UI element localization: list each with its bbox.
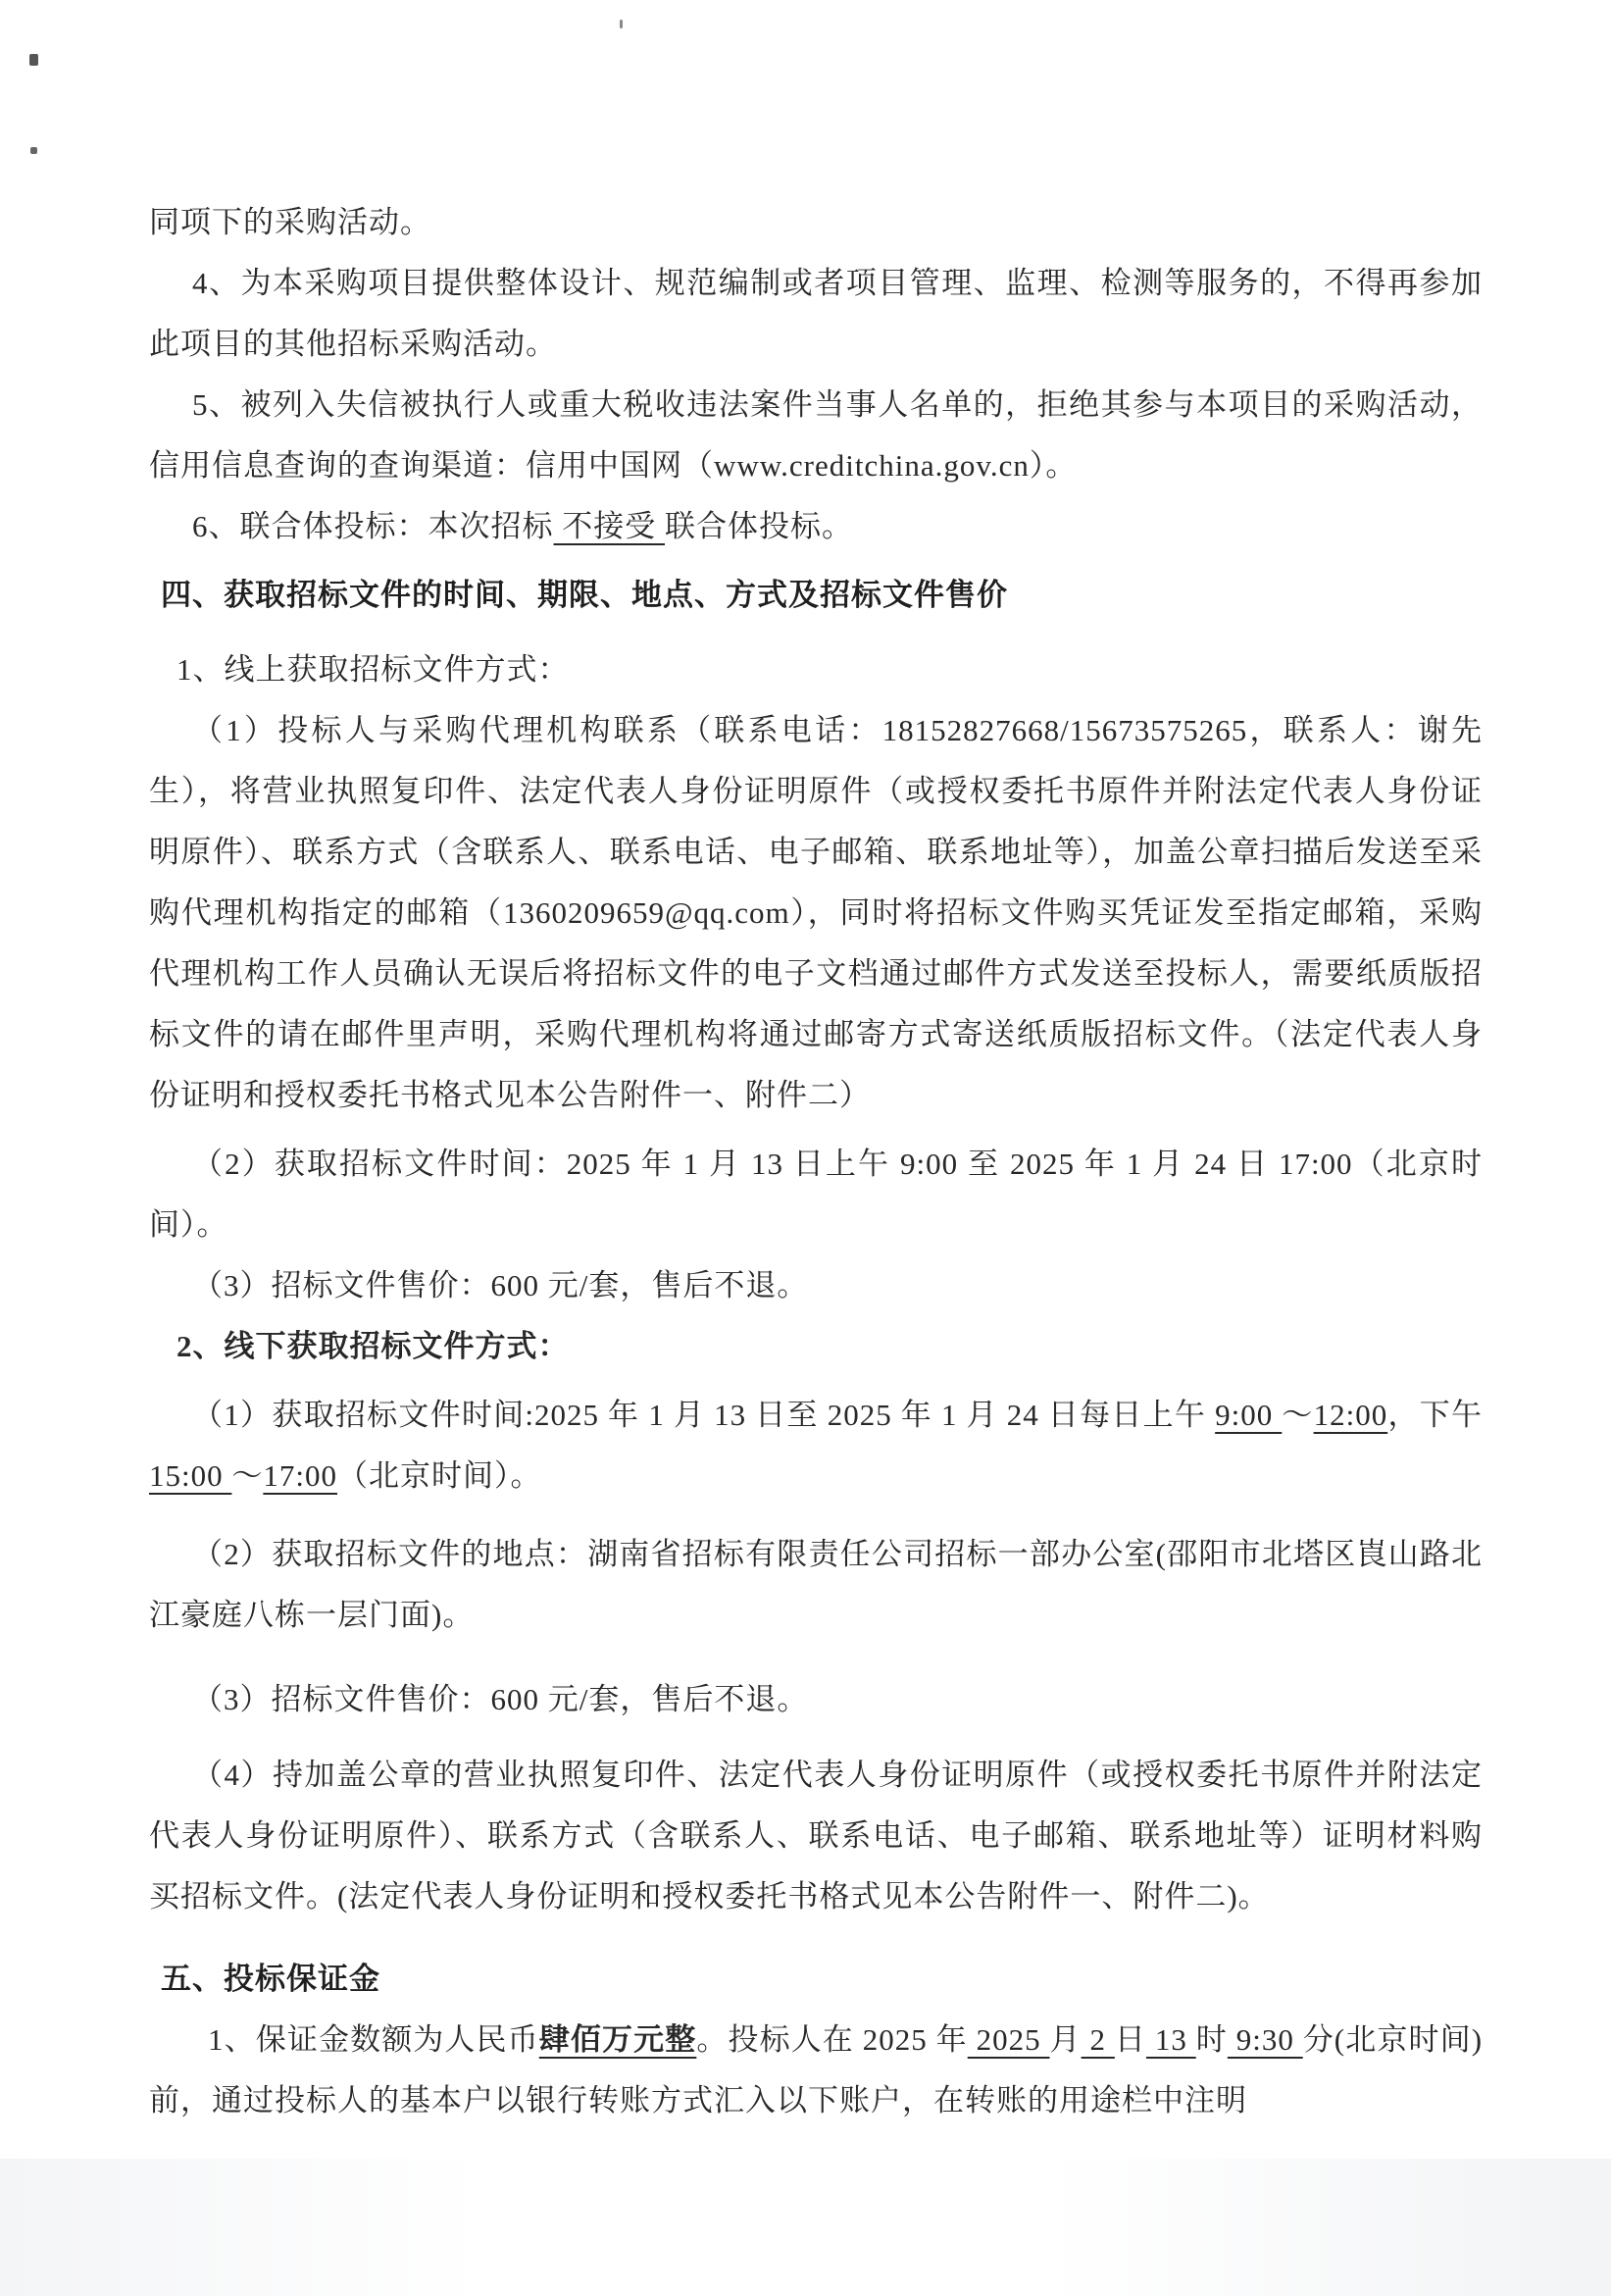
section-heading-5: 五、投标保证金 [161,1949,1483,2010]
scan-speck [620,20,623,28]
para-item-5: 5、被列入失信被执行人或重大税收违法案件当事人名单的，拒绝其参与本项目的采购活动… [149,375,1483,496]
subheading-offline-method: 2、线下获取招标文件方式： [176,1316,1483,1377]
scan-speck [30,147,37,154]
para-online-contact: （1）投标人与采购代理机构联系（联系电话：18152827668/1567357… [149,700,1483,1126]
para-deposit-amount: 1、保证金数额为人民币肆佰万元整。投标人在 2025 年 2025 月 2 日 … [149,2010,1483,2131]
para-offline-materials: （4）持加盖公章的营业执照复印件、法定代表人身份证明原件（或授权委托书原件并附法… [149,1745,1483,1927]
para-offline-location: （2）获取招标文件的地点：湖南省招标有限责任公司招标一部办公室(邵阳市北塔区崀山… [149,1524,1483,1646]
section-heading-4: 四、获取招标文件的时间、期限、地点、方式及招标文件售价 [161,565,1483,626]
subheading-online-method: 1、线上获取招标文件方式： [176,639,1483,700]
document-page: 同项下的采购活动。 4、为本采购项目提供整体设计、规范编制或者项目管理、监理、检… [0,0,1611,2296]
document-body: 同项下的采购活动。 4、为本采购项目提供整体设计、规范编制或者项目管理、监理、检… [149,192,1483,2131]
scan-speck [29,54,38,66]
para-item-6-consortium: 6、联合体投标：本次招标 不接受 联合体投标。 [149,496,1483,557]
para-online-price: （3）招标文件售价：600 元/套，售后不退。 [149,1255,1483,1316]
para-continuation: 同项下的采购活动。 [149,192,1483,253]
para-online-time: （2）获取招标文件时间：2025 年 1 月 13 日上午 9:00 至 202… [149,1134,1483,1255]
para-offline-time: （1）获取招标文件时间:2025 年 1 月 13 日至 2025 年 1 月 … [149,1385,1483,1506]
para-offline-price: （3）招标文件售价：600 元/套，售后不退。 [149,1669,1483,1730]
para-item-4: 4、为本采购项目提供整体设计、规范编制或者项目管理、监理、检测等服务的，不得再参… [149,253,1483,375]
